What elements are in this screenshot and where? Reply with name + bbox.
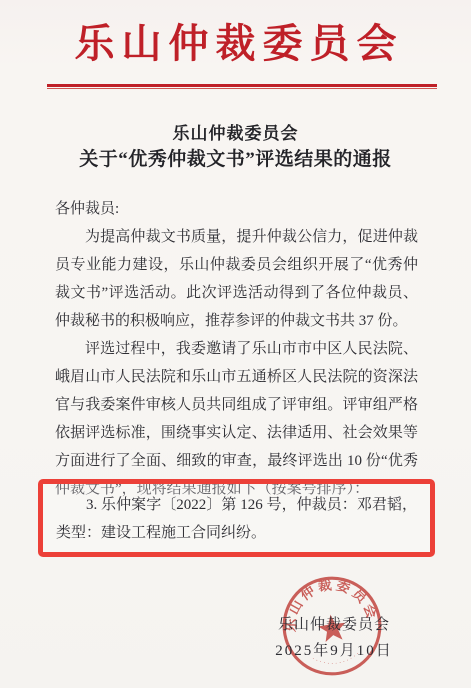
document-body: 各仲裁员: 为提高仲裁文书质量，提升仲裁公信力，促进仲裁员专业能力建设，乐山仲裁… <box>55 195 418 503</box>
document-page: 乐山仲裁委员会 乐山仲裁委员会 关于“优秀仲裁文书”评选结果的通报 各仲裁员: … <box>0 0 471 688</box>
document-title-line1: 乐山仲裁委员会 <box>0 119 471 144</box>
signature-organization: 乐山仲裁委员会 <box>250 613 418 634</box>
salutation: 各仲裁员: <box>55 195 418 223</box>
paragraph-2: 评选过程中，我委邀请了乐山市市中区人民法院、峨眉山市人民法院和乐山市五通桥区人民… <box>55 335 418 503</box>
highlighted-case-item: 3. 乐仲案字〔2022〕第 126 号，仲裁员：邓君韬，类型：建设工程施工合同… <box>56 491 417 547</box>
highlight-annotation-box: 3. 乐仲案字〔2022〕第 126 号，仲裁员：邓君韬，类型：建设工程施工合同… <box>38 479 435 557</box>
document-title-line2: 关于“优秀仲裁文书”评选结果的通报 <box>0 144 471 171</box>
letterhead-divider-thick-line <box>47 84 437 87</box>
signature-date: 2025年9月10日 <box>250 639 418 660</box>
letterhead-divider-thin-line <box>47 88 437 89</box>
letterhead-divider <box>47 84 437 89</box>
letterhead-title: 乐山仲裁委员会 <box>0 18 471 70</box>
paragraph-1: 为提高仲裁文书质量，提升仲裁公信力，促进仲裁员专业能力建设，乐山仲裁委员会组织开… <box>55 223 418 335</box>
